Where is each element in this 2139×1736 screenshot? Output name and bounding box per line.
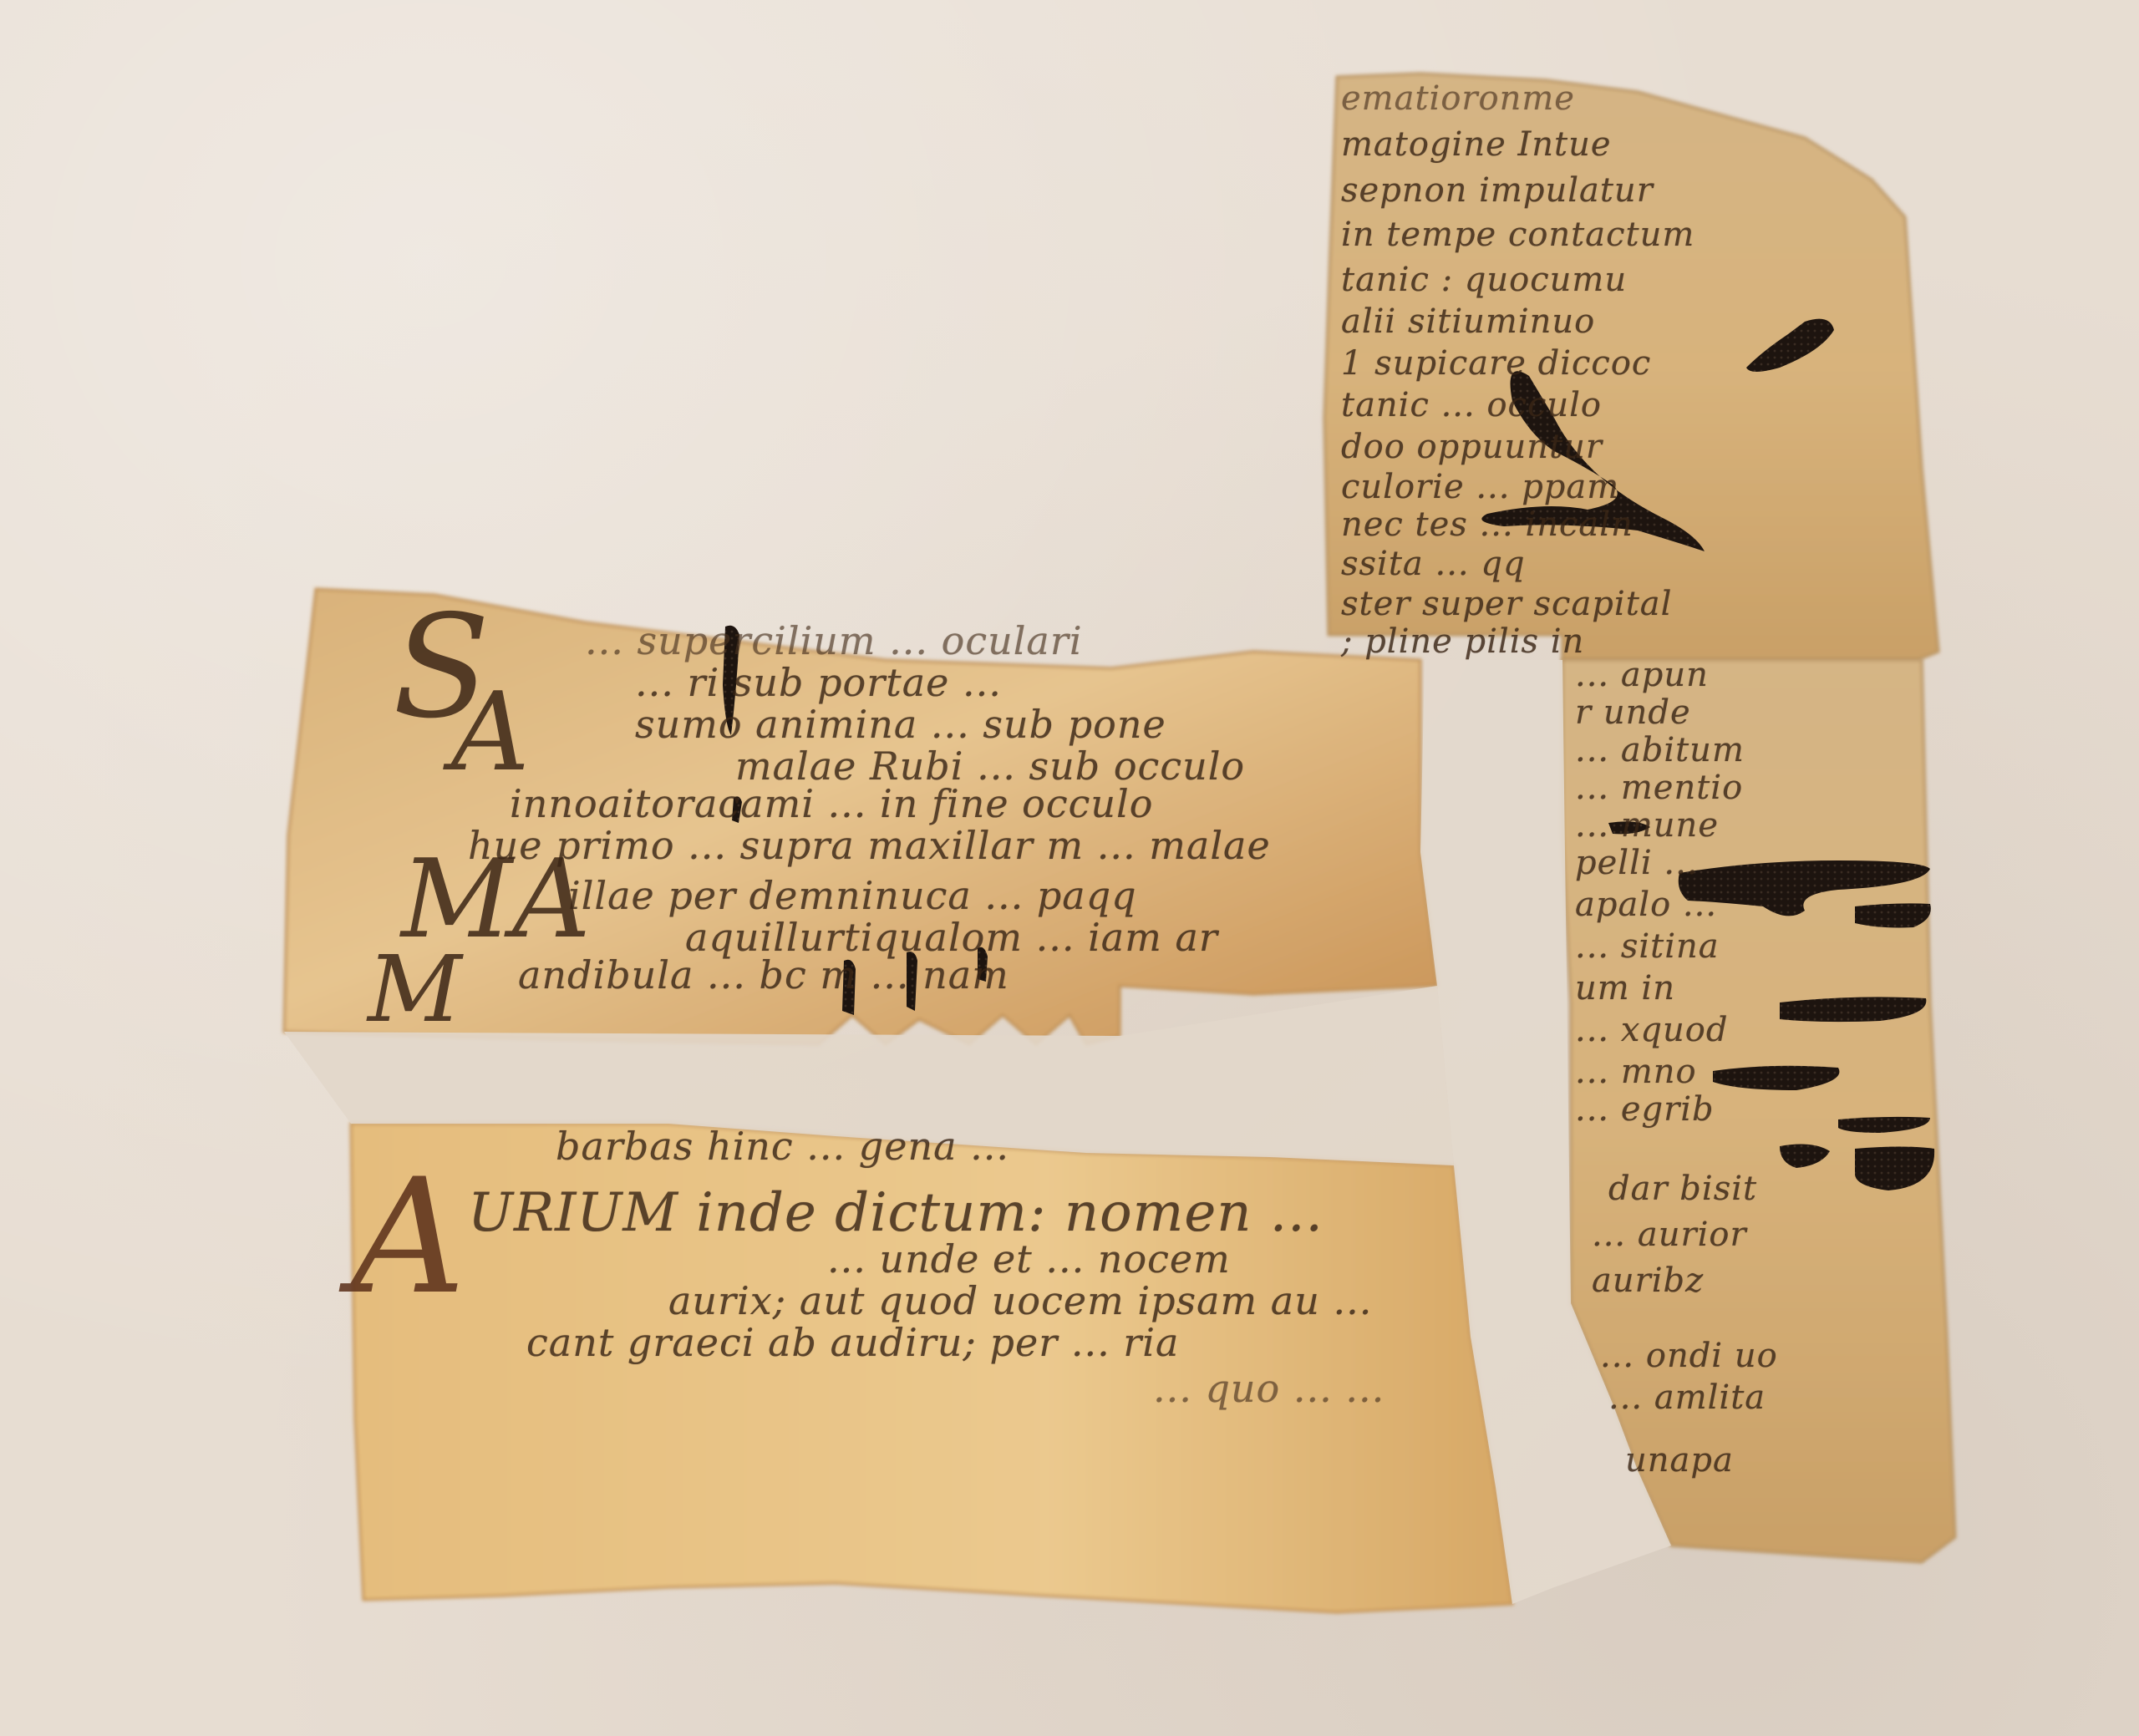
manuscript-photo: ematioronme matogine Intue sepnon impula… — [0, 0, 2139, 1736]
fragment-upper-right — [1324, 74, 1938, 660]
fragment-lower-left — [351, 1124, 1512, 1612]
fragment-main-left — [284, 589, 1437, 1044]
vellum-fragments — [0, 0, 2139, 1736]
